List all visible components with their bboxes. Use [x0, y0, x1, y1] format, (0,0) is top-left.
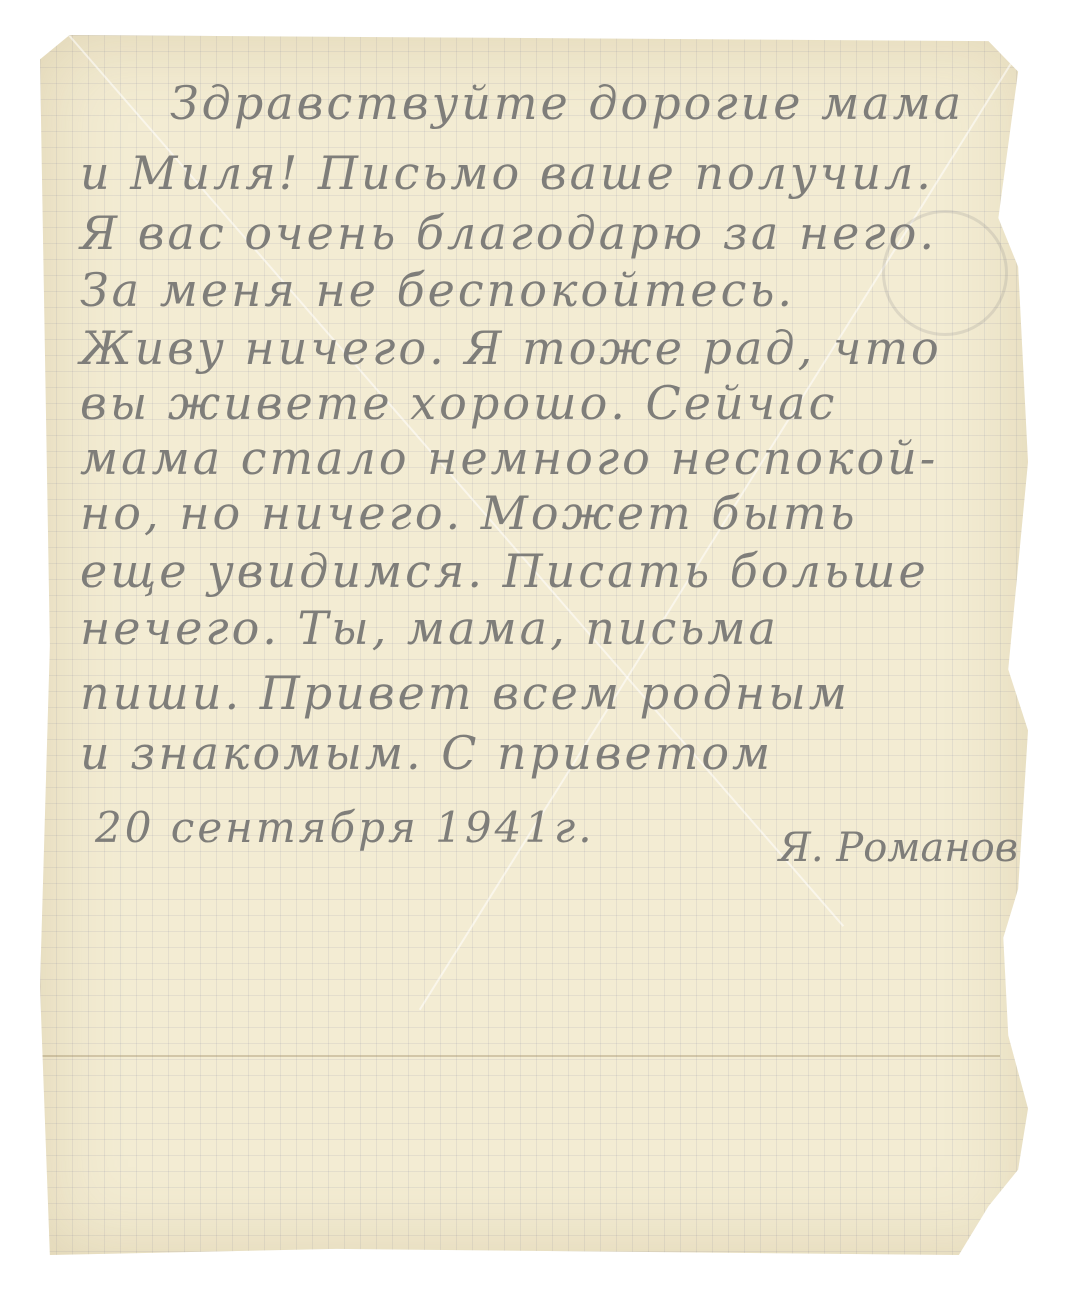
letter-line: пиши. Привет всем родным	[80, 670, 1008, 716]
letter-line: Живу ничего. Я тоже рад, что	[80, 325, 1008, 371]
letter-line: Здравствуйте дорогие мама	[170, 80, 1008, 126]
letter-line: Я вас очень благодарю за него.	[80, 210, 1008, 256]
letter-paper: Здравствуйте дорогие мама и Миля! Письмо…	[40, 35, 1028, 1255]
letter-line: За меня не беспокойтесь.	[80, 267, 1008, 313]
letter-signature: Я. Романов	[779, 825, 1018, 871]
letter-line: вы живете хорошо. Сейчас	[80, 380, 1008, 426]
letter-line: еще увидимся. Писать больше	[80, 548, 1008, 594]
letter-line: но, но ничего. Может быть	[80, 490, 1008, 536]
letter-body: Здравствуйте дорогие мама и Миля! Письмо…	[40, 35, 1028, 1255]
letter-line: мама стало немного неспокой-	[80, 435, 1008, 481]
letter-date: 20 сентября 1941г.	[95, 803, 595, 852]
letter-line: и знакомым. С приветом	[80, 730, 1008, 776]
letter-line: и Миля! Письмо ваше получил.	[80, 150, 1008, 196]
letter-line: нечего. Ты, мама, письма	[80, 605, 1008, 651]
